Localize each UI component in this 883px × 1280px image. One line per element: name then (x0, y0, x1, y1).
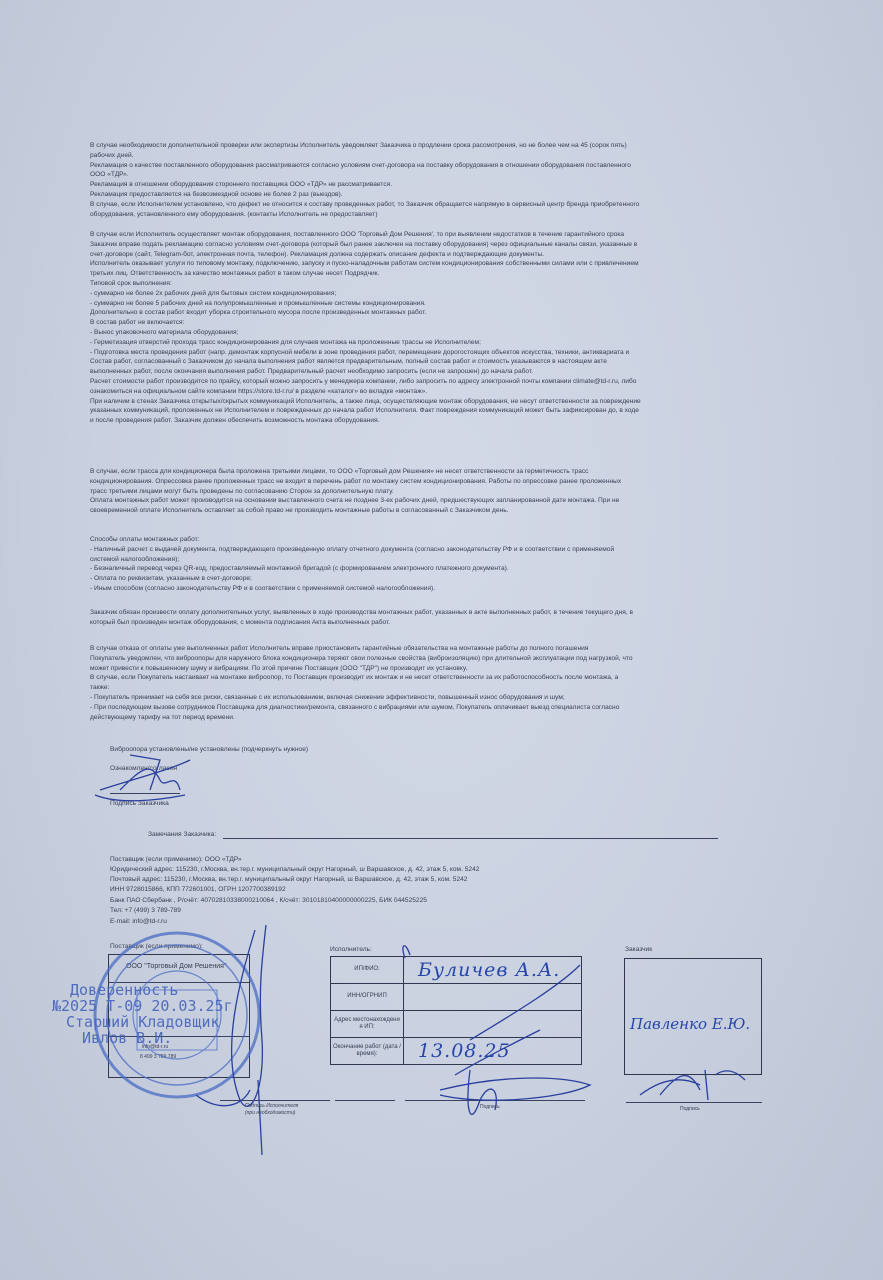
section-additional-services: Заказчик обязан произвести оплату дополн… (90, 608, 750, 628)
supplier-email: E-mail: info@td-r.ru (110, 917, 167, 927)
document-line: Расчет стоимости работ производится по п… (90, 377, 750, 387)
document-line: действующему тарифу на тот период времен… (90, 713, 750, 723)
document-line: ознакомиться на официальном сайте компан… (90, 387, 750, 397)
document-line: В случае необходимости дополнительной пр… (90, 141, 750, 151)
section-claims: В случае необходимости дополнительной пр… (90, 141, 750, 219)
document-line: - При последующем вызове сотрудников Пос… (90, 703, 750, 713)
stamp-phone: 8 499 3 789 789 (140, 1053, 176, 1063)
document-line: кондиционирования. Опрессовка ранее прол… (90, 477, 750, 487)
table-row: ИП/ФИО: Буличев А.А. (331, 957, 582, 984)
document-line: В состав работ не включается: (90, 318, 750, 328)
executor-signature-caption: Подпись (480, 1103, 500, 1113)
supplier-postal-address: Почтовый адрес: 115230, г.Москва, вн.тер… (110, 875, 467, 885)
document-line: также: (90, 683, 750, 693)
document-line: Типовой срок выполнения: (90, 279, 750, 289)
customer-block-label: Заказчик (625, 945, 652, 955)
vibro-mount-line: Виброопора установлены/не установлены (п… (110, 745, 308, 755)
document-line: - суммарно не более 2х рабочих дней для … (90, 289, 750, 299)
supplier-phone: Тел: +7 (499) 3 789-789 (110, 906, 181, 916)
document-line: В случае, если трасса для кондиционера б… (90, 467, 750, 477)
executor-address-value[interactable] (404, 1011, 582, 1038)
customer-signature-line (110, 793, 180, 794)
executor-address-label: Адрес местонахождени я ИП: (331, 1011, 404, 1038)
document-page: В случае необходимости дополнительной пр… (0, 0, 883, 1280)
executor-block-label: Исполнитель: (330, 945, 372, 955)
consent-text: Ознакомлен/согласен (110, 764, 177, 774)
document-line: В случае отказа от оплаты уже выполненны… (90, 644, 750, 654)
section-payment-methods: Способы оплаты монтажных работ:- Наличны… (90, 535, 750, 594)
executor-name-value[interactable]: Буличев А.А. (404, 957, 582, 984)
document-line: При наличии в стенах Заказчика открытых/… (90, 397, 750, 407)
remarks-field-line[interactable] (223, 838, 718, 839)
supplier-signature-line (220, 1100, 330, 1101)
document-line: - Подготовка места проведения работ (нап… (90, 348, 750, 358)
document-line: Исполнитель оказывает услуги по типовому… (90, 259, 750, 269)
document-line: - Наличный расчет с выдачей документа, п… (90, 545, 750, 555)
executor-line-left (335, 1100, 395, 1101)
customer-handwritten-name: Павленко Е.Ю. (630, 1015, 750, 1033)
table-row: Окончание работ (дата / время): 13.08.25 (331, 1038, 582, 1065)
document-line: который был произведен монтаж оборудован… (90, 618, 750, 628)
document-line: - Иным способом (согласно законодательст… (90, 584, 750, 594)
document-line: - суммарно не более 5 рабочих дней на по… (90, 299, 750, 309)
document-line: оборудования, установленного ему оборудо… (90, 210, 750, 220)
poa-stamp-line: Ивлов В.И. (82, 1030, 172, 1047)
supplier-signature-caption-note: (при необходимости) (245, 1110, 295, 1116)
supplier-inn: ИНН 9728015866, КПП 772601001, ОГРН 1207… (110, 885, 286, 895)
document-line: системой налогообложения); (90, 555, 750, 565)
document-line: Заказчик обязан произвести оплату дополн… (90, 608, 750, 618)
document-line: В случае, если Исполнителем установлено,… (90, 200, 750, 210)
supplier-title: Поставщик (если применимо): ООО «ТДР» (110, 855, 242, 865)
document-line: Способы оплаты монтажных работ: (90, 535, 750, 545)
document-line: Заказчик вправе подать рекламацию соглас… (90, 240, 750, 250)
table-row: ИНН/ОГРНИП (331, 984, 582, 1011)
document-line: Дополнительно в состав работ входит убор… (90, 308, 750, 318)
customer-signature-line (626, 1102, 762, 1103)
supplier-bank: Банк ПАО Сбербанк , Р/счёт: 407028103380… (110, 896, 427, 906)
executor-end-date-label: Окончание работ (дата / время): (331, 1038, 404, 1065)
document-line: - Оплата по реквизитам, указанным в счет… (90, 574, 750, 584)
document-line: выполненных работ, после окончания выпол… (90, 367, 750, 377)
document-line: может привести к повышенному шуму и вибр… (90, 664, 750, 674)
document-line: и после проведения работ. Заказчик долже… (90, 416, 750, 426)
supplier-legal-address: Юридический адрес: 115230, г.Москва, вн.… (110, 865, 479, 875)
supplier-company-name: ООО "Торговый Дом Решения" (126, 962, 226, 972)
document-line: - Безналичный перевод через QR-код, пред… (90, 564, 750, 574)
document-line: В случае, если Покупатель настаивает на … (90, 673, 750, 683)
document-line: своевременной оплате Исполнитель оставля… (90, 506, 750, 516)
document-line: ООО «ТДР». (90, 170, 750, 180)
document-line: рабочих дней. (90, 151, 750, 161)
executor-name-label: ИП/ФИО: (331, 957, 404, 984)
section-pipes: В случае, если трасса для кондиционера б… (90, 467, 750, 516)
executor-inn-label: ИНН/ОГРНИП (331, 984, 404, 1011)
document-line: - Покупатель принимает на себя все риски… (90, 693, 750, 703)
section-vibration-mounts: В случае отказа от оплаты уже выполненны… (90, 644, 750, 722)
section-installation: В случае если Исполнитель осуществляет м… (90, 230, 750, 426)
executor-end-date-value[interactable]: 13.08.25 (404, 1038, 582, 1065)
document-line: Оплата монтажных работ может производитс… (90, 496, 750, 506)
document-line: Покупатель уведомлен, что виброопоры для… (90, 654, 750, 664)
customer-signature-caption: Подпись (680, 1105, 700, 1115)
document-line: Рекламация предоставляется на безвозмезд… (90, 190, 750, 200)
customer-signature-label: Подпись Заказчика (110, 799, 169, 809)
document-line: Рекламация в отношении оборудования стор… (90, 180, 750, 190)
document-line: счет-договоре (сайт, Telegram-бот, элект… (90, 250, 750, 260)
table-row: Адрес местонахождени я ИП: (331, 1011, 582, 1038)
executor-inn-value[interactable] (404, 984, 582, 1011)
document-line: трасс третьими лицами могут быть проведе… (90, 487, 750, 497)
document-line: Рекламация о качестве поставленного обор… (90, 161, 750, 171)
supplier-signature-caption: Подпись Исполнителя (245, 1103, 298, 1109)
executor-signature-line (405, 1100, 585, 1101)
remarks-label: Замечания Заказчика: (148, 830, 216, 840)
document-line: Состав работ, согласованный с Заказчиком… (90, 357, 750, 367)
document-line: - Вынос упаковочного материала оборудова… (90, 328, 750, 338)
document-line: указанных коммуникаций, проложенных не И… (90, 406, 750, 416)
supplier-block-label: Поставщик (если применимо): (110, 942, 203, 952)
document-line: - Герметизация отверстий прохода трасс к… (90, 338, 750, 348)
document-line: В случае если Исполнитель осуществляет м… (90, 230, 750, 240)
executor-details-table: ИП/ФИО: Буличев А.А. ИНН/ОГРНИП Адрес ме… (330, 956, 582, 1065)
document-line: третьих лиц. Ответственность за качество… (90, 269, 750, 279)
